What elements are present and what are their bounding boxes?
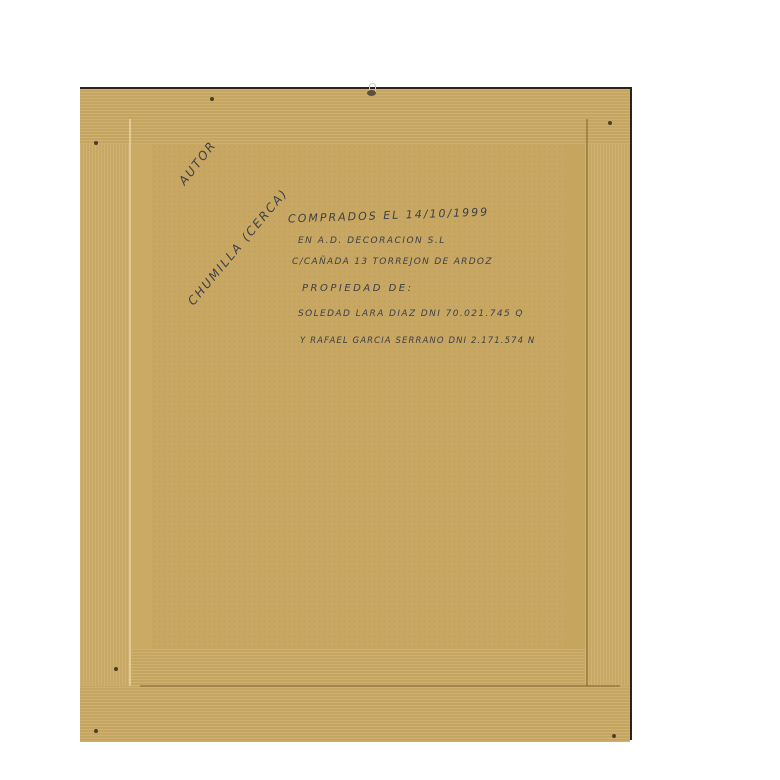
tape-inner-right (565, 119, 585, 686)
frame-backing: AUTOR CHUMILLA (CERCA) COMPRADOS EL 14/1… (80, 87, 632, 740)
tape-strip-left (80, 89, 130, 742)
staple-icon (612, 734, 616, 738)
tape-strip-right (585, 89, 630, 742)
note-owner-1: SOLEDAD LARA DIAZ DNI 70.021.745 Q (298, 309, 524, 319)
tape-seam-bottom (140, 685, 620, 687)
note-owner-label: PROPIEDAD DE: (302, 283, 413, 294)
staple-icon (114, 667, 118, 671)
tape-inner-top (130, 119, 585, 144)
tape-inner-bottom (130, 649, 585, 686)
tape-seam-left (129, 119, 131, 686)
staple-icon (608, 121, 612, 125)
note-shop: EN A.D. DECORACION S.L (298, 236, 446, 246)
hanging-nail-icon (366, 89, 378, 99)
note-owner-2: Y RAFAEL GARCIA SERRANO DNI 2.171.574 N (300, 336, 535, 346)
staple-icon (94, 141, 98, 145)
note-address: C/CAÑADA 13 TORREJON DE ARDOZ (292, 257, 493, 267)
staple-icon (210, 97, 214, 101)
staple-icon (94, 729, 98, 733)
tape-inner-left (130, 119, 152, 686)
tape-seam-right (586, 119, 588, 686)
tape-strip-bottom (80, 686, 630, 742)
